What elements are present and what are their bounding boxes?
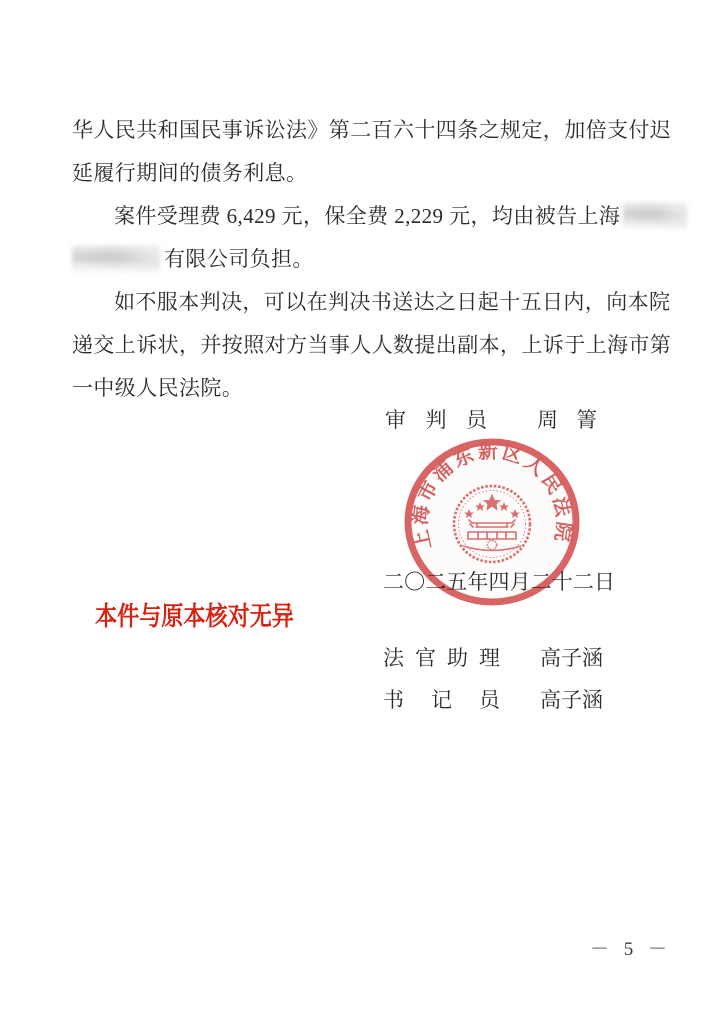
body-line: 华人民共和国民事诉讼法》第二百六十四条之规定，加倍支付迟 — [72, 109, 672, 152]
assistant-signature-row: 法官助理高子涵 — [383, 637, 602, 680]
judge-role-label: 审判员 — [385, 399, 487, 442]
judgment-page: 华人民共和国民事诉讼法》第二百六十四条之规定，加倍支付迟 延履行期间的债务利息。… — [0, 0, 724, 1024]
page-number: － 5 － — [590, 934, 672, 961]
assistant-role-label: 法官助理 — [383, 637, 500, 680]
body-line-text: 案件受理费 6,429 元，保全费 2,229 元，均由被告上海 — [114, 204, 620, 228]
court-seal: 上海市浦东新区人民法院 — [403, 438, 581, 608]
redaction-blur — [623, 202, 687, 229]
clerk-role-label: 书记员 — [383, 679, 500, 722]
assistant-name: 高子涵 — [540, 637, 602, 680]
body-line: 递交上诉状，并按照对方当事人人数提出副本，上诉于上海市第 — [72, 324, 672, 367]
redaction-blur — [72, 245, 160, 272]
body-line: 有限公司负担。 — [72, 238, 672, 281]
verification-stamp: 本件与原本核对无异 — [95, 598, 294, 634]
body-line: 延履行期间的债务利息。 — [72, 152, 672, 195]
judge-name: 周箐 — [537, 399, 597, 442]
clerk-signature-row: 书记员高子涵 — [383, 679, 602, 722]
clerk-name: 高子涵 — [540, 679, 602, 722]
judge-signature-row: 审判员周箐 — [385, 399, 597, 442]
body-line-text: 有限公司负担。 — [164, 247, 314, 271]
body-line: 如不服本判决，可以在判决书送达之日起十五日内，向本院 — [72, 281, 714, 324]
body-line: 案件受理费 6,429 元，保全费 2,229 元，均由被告上海 — [72, 195, 714, 238]
